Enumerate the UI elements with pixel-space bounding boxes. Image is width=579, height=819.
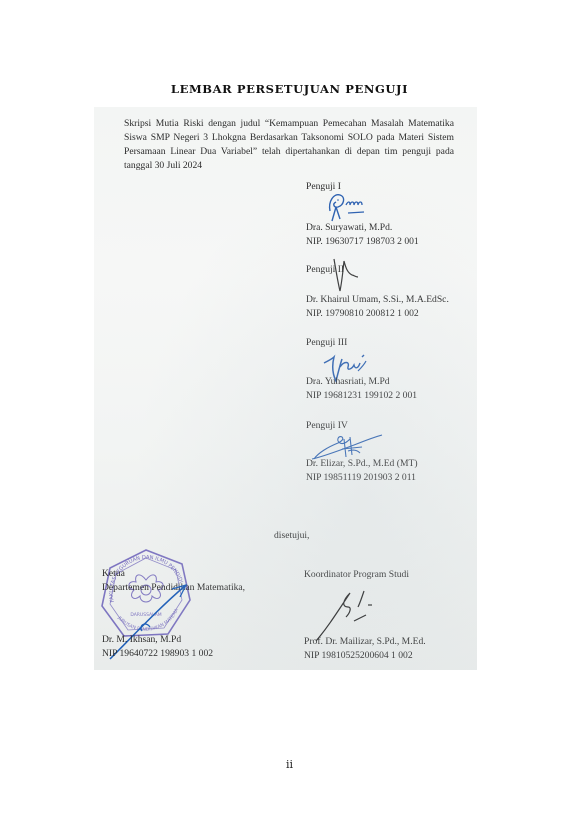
coordinator-nip: NIP 19810525200604 1 002	[304, 649, 413, 663]
examiner-name: Dr. Khairul Umam, S.Si., M.A.EdSc.	[306, 293, 449, 307]
intro-line: tanggal 30 Juli 2024	[124, 159, 454, 173]
examiner-role: Penguji II	[306, 263, 344, 277]
examiner-nip: NIP 19681231 199102 2 001	[306, 389, 417, 403]
examiner-role: Penguji I	[306, 180, 341, 194]
scanned-approval-sheet: Skripsi Mutia Riski dengan judul “Kemamp…	[94, 107, 477, 670]
head-title-line2: Departemen Pendidikan Matematika,	[102, 581, 245, 595]
signature-icon	[324, 189, 384, 225]
examiner-name: Dra. Yuhasriati, M.Pd	[306, 375, 390, 389]
head-name: Dr. M. Ikhsan, M.Pd	[102, 633, 181, 647]
intro-paragraph: Skripsi Mutia Riski dengan judul “Kemamp…	[124, 117, 454, 173]
intro-line: Skripsi Mutia Riski dengan judul “Kemamp…	[124, 117, 454, 131]
signature-icon	[312, 583, 384, 643]
coordinator-title: Koordinator Program Studi	[304, 568, 409, 582]
head-title-line1: Ketua	[102, 567, 125, 581]
examiner-role: Penguji III	[306, 336, 347, 350]
examiner-nip: NIP. 19630717 198703 2 001	[306, 235, 419, 249]
approval-label: disetujui,	[274, 529, 309, 543]
intro-line: Persamaan Linear Dua Variabel” telah dip…	[124, 145, 454, 159]
page-title: LEMBAR PERSETUJUAN PENGUJI	[0, 82, 579, 96]
coordinator-name: Prof. Dr. Mailizar, S.Pd., M.Ed.	[304, 635, 426, 649]
examiner-nip: NIP 19851119 201903 2 011	[306, 471, 416, 485]
head-nip: NIP 19640722 198903 1 002	[102, 647, 213, 661]
page-number: ii	[0, 758, 579, 771]
examiner-name: Dra. Suryawati, M.Pd.	[306, 221, 392, 235]
examiner-role: Penguji IV	[306, 419, 348, 433]
intro-line: Siswa SMP Negeri 3 Lhokgna Berdasarkan T…	[124, 131, 454, 145]
examiner-name: Dr. Elizar, S.Pd., M.Ed (MT)	[306, 457, 418, 471]
stamp-center-text: DARUSSALAM	[130, 612, 161, 618]
examiner-nip: NIP. 19790810 200812 1 002	[306, 307, 419, 321]
